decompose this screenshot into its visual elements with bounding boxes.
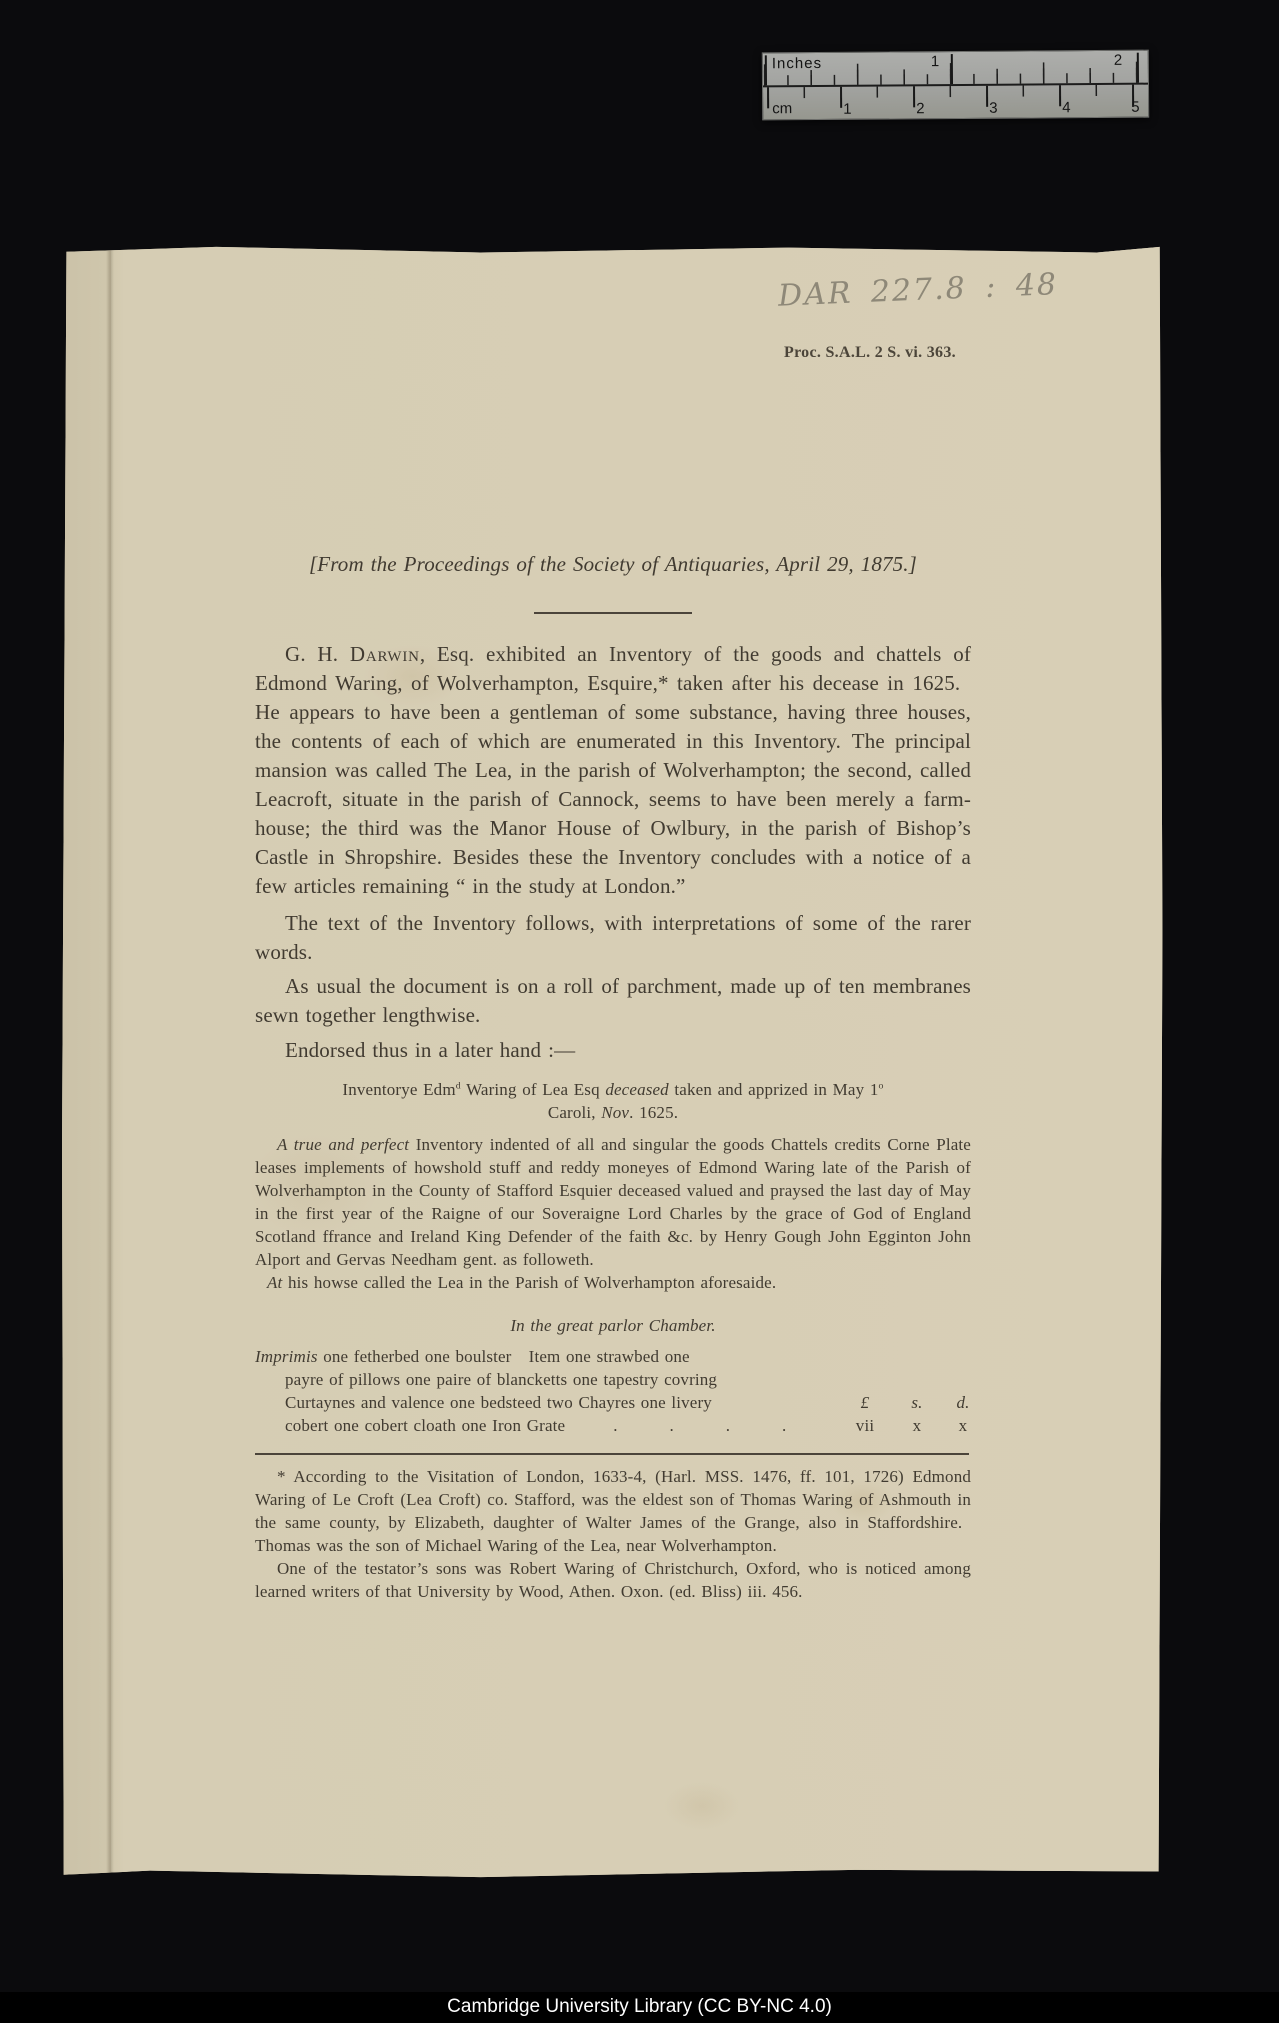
text-column: [From the Proceedings of the Society of … [255, 546, 971, 1603]
ruler-cm-number: 3 [989, 101, 997, 116]
library-credit: Cambridge University Library (CC BY-NC 4… [447, 1996, 832, 2017]
column-header-shillings: s. [895, 1391, 939, 1414]
page-fold-crease [106, 246, 114, 1878]
ruler-inches-label: Inches [772, 56, 822, 71]
ruler-midline [763, 83, 1148, 88]
ruler-cm-number: 4 [1062, 100, 1070, 115]
ruler-cm-number: 5 [1131, 100, 1139, 115]
ruler: Inches 1 2 cm 1 2 3 4 5 [762, 50, 1149, 121]
inventory-preamble: A true and perfect Inventory indented of… [255, 1133, 971, 1271]
at-body: his howse called the Lea in the Parish o… [282, 1273, 776, 1292]
author-name: Darwin [350, 642, 420, 666]
value-pounds: vii [843, 1414, 887, 1437]
imprimis-word: Imprimis [255, 1347, 318, 1366]
proceedings-reference: Proc. S.A.L. 2 S. vi. 363. [784, 344, 956, 362]
photograph-background: { "ruler": { "inches_label": "Inches", "… [0, 0, 1279, 2023]
at-italic: At [267, 1273, 282, 1292]
at-house-line: At his howse called the Lea in the Paris… [255, 1271, 971, 1294]
endorsement-text: Inventorye Edm [342, 1080, 455, 1099]
footnote-visitation: * According to the Visitation of London,… [255, 1465, 971, 1557]
value-shillings: x [895, 1414, 939, 1437]
imprimis-line: payre of pillows one paire of blancketts… [255, 1368, 971, 1391]
endorsement-text: Waring of Lea Esq [461, 1080, 606, 1099]
title-divider [534, 612, 692, 614]
endorsement-italic: Nov [601, 1103, 629, 1122]
imprimis-text: one fetherbed one boulster Item one stra… [318, 1347, 690, 1366]
document-page: DAR 227.8 : 48 Proc. S.A.L. 2 S. vi. 363… [62, 246, 1163, 1878]
ruler-cm-label: cm [772, 101, 792, 116]
footnote-testator: One of the testator’s sons was Robert Wa… [255, 1557, 971, 1603]
imprimis-entry: Imprimis one fetherbed one boulster Item… [255, 1345, 971, 1437]
preamble-body: Inventory indented of all and singular t… [255, 1135, 971, 1269]
source-line: [From the Proceedings of the Society of … [255, 550, 971, 579]
imprimis-text: cobert one cobert cloath one Iron Grate [285, 1416, 565, 1435]
endorsement-text: taken and apprized in May 1 [669, 1080, 879, 1099]
leader-dots: .... [613, 1416, 838, 1435]
endorsement-italic: deceased [605, 1080, 669, 1099]
ruler-cm-number: 1 [843, 102, 851, 117]
ruler-inch-number: 2 [1114, 53, 1122, 68]
paragraph-lead: G. H. [285, 642, 350, 666]
ruler-inch-number: 1 [931, 54, 939, 69]
imprimis-line: Imprimis one fetherbed one boulster Item… [255, 1345, 971, 1368]
superscript-o: o [879, 1080, 884, 1091]
endorsement-text: . 1625. [629, 1103, 678, 1122]
column-header-pence: d. [941, 1391, 985, 1414]
endorsement-text: Caroli, [548, 1103, 601, 1122]
ruler-cm-number: 2 [916, 101, 924, 116]
value-pence: x [941, 1414, 985, 1437]
footnote-divider [255, 1453, 969, 1455]
endorsement-lines: Inventorye Edmd Waring of Lea Esq deceas… [255, 1078, 971, 1124]
paragraph-exhibit: G. H. Darwin, Esq. exhibited an Inventor… [255, 640, 971, 901]
paragraph-text-follows: The text of the Inventory follows, with … [255, 909, 971, 967]
column-header-pounds: £ [843, 1391, 887, 1414]
paragraph-parchment: As usual the document is on a roll of pa… [255, 972, 971, 1030]
paragraph-endorsed: Endorsed thus in a later hand :— [255, 1036, 971, 1065]
chamber-heading: In the great parlor Chamber. [255, 1314, 971, 1337]
library-credit-bar: Cambridge University Library (CC BY-NC 4… [0, 1992, 1279, 2023]
preamble-italic: A true and perfect [277, 1135, 409, 1154]
paragraph-body: , Esq. exhibited an Inventory of the goo… [255, 642, 971, 898]
shelfmark-annotation: DAR 227.8 : 48 [777, 265, 1098, 313]
